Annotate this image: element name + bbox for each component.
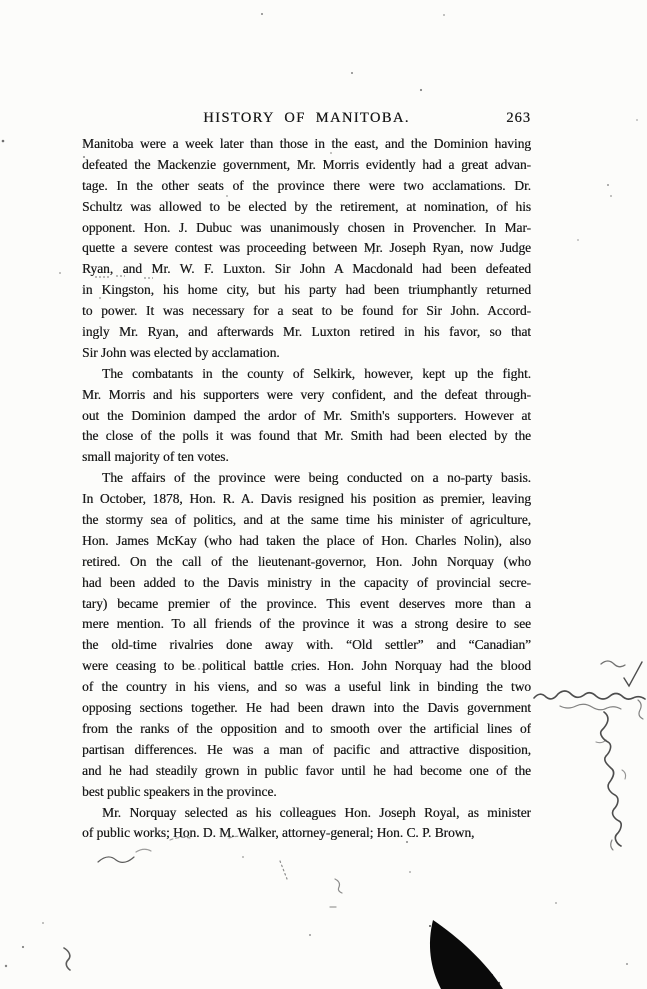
text-line: of the country in his viens, and so was … — [82, 677, 531, 698]
page-title: HISTORY OF MANITOBA. — [82, 110, 531, 127]
text-line: opponent. Hon. J. Dubuc was unanimously … — [82, 218, 531, 239]
text-column: Manitoba were a week later than those in… — [82, 134, 531, 844]
text-line: small majority of ten votes. — [82, 447, 531, 468]
text-line: out the Dominion damped the ardor of Mr.… — [82, 406, 531, 427]
text-line: In October, 1878, Hon. R. A. Davis resig… — [82, 489, 531, 510]
pencil-marginalia — [534, 661, 645, 850]
text-line: Mr. Morris and his supporters were very … — [82, 385, 531, 406]
text-line: partisan differences. He was a man of pa… — [82, 740, 531, 761]
text-line: mere mention. To all friends of the prov… — [82, 614, 531, 635]
text-line: Hon. James McKay (who had taken the plac… — [82, 531, 531, 552]
scanned-page: HISTORY OF MANITOBA. 263 Manitoba were a… — [0, 0, 647, 989]
pencil-squiggles — [64, 836, 342, 970]
page-number: 263 — [506, 110, 531, 127]
text-line: The affairs of the province were being c… — [82, 468, 531, 489]
text-line: the old-time rivalries done away with. “… — [82, 635, 531, 656]
text-line: Schultz was allowed to be elected by the… — [82, 197, 531, 218]
text-line: tary) became premier of the province. Th… — [82, 594, 531, 615]
text-line: and he had steadily grown in public favo… — [82, 761, 531, 782]
text-line: Mr. Norquay selected as his colleagues H… — [82, 803, 531, 824]
text-line: in Kingston, his home city, but his part… — [82, 280, 531, 301]
text-line: Ryan, and Mr. W. F. Luxton. Sir John A M… — [82, 259, 531, 280]
text-line: best public speakers in the province. — [82, 782, 531, 803]
text-line: defeated the Mackenzie government, Mr. M… — [82, 155, 531, 176]
text-line: from the ranks of the opposition and to … — [82, 719, 531, 740]
text-line: the close of the polls it was found that… — [82, 426, 531, 447]
ink-blot — [429, 920, 503, 989]
text-line: Sir John was elected by acclamation. — [82, 343, 531, 364]
running-header: HISTORY OF MANITOBA. 263 — [82, 110, 531, 130]
text-line: the stormy sea of politics, and at the s… — [82, 510, 531, 531]
text-line: of public works; Hon. D. M. Walker, atto… — [82, 823, 531, 844]
text-line: retired. On the call of the lieutenant-g… — [82, 552, 531, 573]
text-line: were ceasing to be political battle crie… — [82, 656, 531, 677]
text-line: had been added to the Davis ministry in … — [82, 573, 531, 594]
text-line: ingly Mr. Ryan, and afterwards Mr. Luxto… — [82, 322, 531, 343]
text-line: opposing sections together. He had been … — [82, 698, 531, 719]
text-line: quette a severe contest was proceeding b… — [82, 238, 531, 259]
text-line: Manitoba were a week later than those in… — [82, 134, 531, 155]
text-line: The combatants in the county of Selkirk,… — [82, 364, 531, 385]
text-line: to power. It was necessary for a seat to… — [82, 301, 531, 322]
text-line: tage. In the other seats of the province… — [82, 176, 531, 197]
